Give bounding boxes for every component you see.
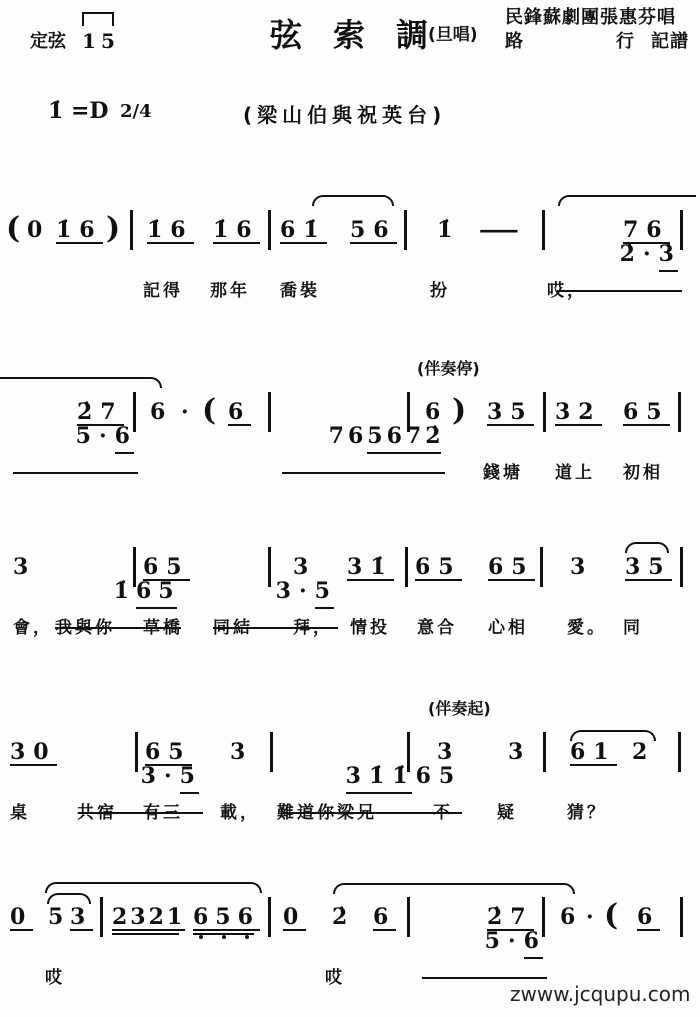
note: 6 bbox=[373, 905, 396, 931]
barline bbox=[405, 547, 408, 587]
time-signature: 2/4 bbox=[120, 100, 152, 124]
barline bbox=[268, 547, 271, 587]
note-group: 1̇6 bbox=[147, 218, 194, 244]
note-group: 30 bbox=[10, 740, 57, 766]
barline bbox=[542, 897, 545, 937]
note-part: 3· bbox=[141, 763, 180, 789]
note: 3 bbox=[230, 740, 253, 764]
note-group: 76 bbox=[623, 218, 670, 244]
note-group: 31̇ bbox=[347, 555, 394, 581]
page-title-char: 調 bbox=[396, 16, 428, 54]
lyric: 同 bbox=[623, 618, 643, 638]
note-group: 61 bbox=[570, 740, 617, 766]
tuning-label: 定弦 bbox=[30, 31, 66, 53]
lyric: 扮 bbox=[430, 281, 450, 301]
barline bbox=[542, 210, 545, 250]
note-group: 56 bbox=[350, 218, 397, 244]
watermark: zwww.jcqupu.com bbox=[510, 982, 690, 1006]
note-group: 656 bbox=[193, 905, 260, 931]
note-part: 65 bbox=[416, 763, 463, 789]
note-group: 35 bbox=[487, 400, 534, 426]
tuning-note: 1 bbox=[82, 29, 96, 53]
note: 0 bbox=[10, 905, 33, 931]
accompaniment-annotation: (伴奏起) bbox=[428, 699, 491, 719]
lyric: 不 bbox=[433, 803, 453, 823]
lyric: 草橋 bbox=[143, 618, 183, 638]
sheet-music-page: { "header": { "tuning_label": "定弦", "tun… bbox=[0, 0, 700, 1017]
page-title-char: 索 bbox=[333, 16, 365, 54]
note: 6 bbox=[560, 905, 583, 929]
note: 3 bbox=[570, 555, 593, 579]
note: 5 bbox=[48, 905, 71, 929]
lyric: 會， bbox=[13, 618, 53, 638]
lyric: 心相 bbox=[488, 618, 528, 638]
lyric: 情投 bbox=[350, 618, 390, 638]
note-part-double-underline: 5 bbox=[180, 764, 203, 788]
transcriber-name-part: 路 bbox=[505, 31, 524, 53]
key-signature: 1̇ =D bbox=[48, 98, 108, 124]
barline bbox=[407, 897, 410, 937]
lyric: 初相 bbox=[623, 463, 663, 483]
note-part: 76 bbox=[329, 423, 368, 449]
barline bbox=[404, 210, 407, 250]
lyric: 我與你 bbox=[55, 618, 115, 638]
barline bbox=[680, 547, 683, 587]
note-group: 65 bbox=[623, 400, 670, 426]
barline bbox=[678, 392, 681, 432]
note: 3 bbox=[70, 905, 93, 931]
note-part: 2̇· bbox=[620, 241, 659, 267]
barline bbox=[680, 210, 683, 250]
score-line-5: 0 5 3 2321 656 0 2̇ 6 5·6 2̇7 6 · ( 6 哎 … bbox=[0, 905, 700, 929]
note: 1̇ bbox=[437, 218, 460, 242]
note-group: 765672̇ bbox=[282, 400, 445, 474]
barline bbox=[133, 392, 136, 432]
slur bbox=[47, 893, 91, 904]
lyric: 疑 bbox=[497, 803, 517, 823]
note: 0 bbox=[283, 905, 306, 931]
lyric: 喬裝 bbox=[280, 281, 320, 301]
tie-continued bbox=[0, 377, 162, 388]
barline bbox=[268, 392, 271, 432]
close-paren: ) bbox=[106, 214, 120, 244]
lyric: 桌 bbox=[10, 803, 30, 823]
sustain-dash: — bbox=[478, 218, 520, 242]
note-group: 35 bbox=[625, 555, 672, 581]
lyric: 錢塘 bbox=[483, 463, 523, 483]
note-group: 32 bbox=[555, 400, 602, 426]
low-octave-dot bbox=[222, 935, 226, 939]
note-part: 5· bbox=[76, 423, 115, 449]
barline bbox=[540, 547, 543, 587]
score-line-2: (伴奏停) 5·6 2̇7 6 · ( 6 765672̇ 6 ) 35 32 … bbox=[0, 400, 700, 424]
lyric: 載， bbox=[220, 803, 260, 823]
role-note: (旦唱) bbox=[428, 24, 478, 46]
transcriber-role: 記譜 bbox=[651, 31, 689, 53]
note-part: 3· bbox=[276, 578, 315, 604]
note-part-double-underline: 31̇1̇ bbox=[346, 764, 416, 788]
note: 6 bbox=[637, 905, 660, 931]
barline bbox=[407, 732, 410, 772]
accompaniment-annotation: (伴奏停) bbox=[417, 359, 480, 379]
barline bbox=[133, 547, 136, 587]
barline bbox=[270, 732, 273, 772]
tie-continuing bbox=[558, 195, 696, 206]
note-group: 65 bbox=[143, 555, 190, 581]
lyric: 記得 bbox=[143, 281, 183, 301]
note: 3 bbox=[437, 740, 460, 764]
note-group: 2̇7 bbox=[77, 400, 124, 426]
close-paren: ) bbox=[452, 396, 466, 426]
barline bbox=[543, 732, 546, 772]
lyric: 道上 bbox=[555, 463, 595, 483]
open-paren: ( bbox=[604, 901, 618, 931]
lyric: 同結 bbox=[213, 618, 253, 638]
note-group: 2̇7 bbox=[487, 905, 534, 931]
note-group: 61̇ bbox=[280, 218, 327, 244]
tuning-bracket bbox=[82, 12, 114, 26]
subtitle: (梁山伯與祝英台) bbox=[243, 103, 446, 127]
dot-extension: · bbox=[181, 400, 197, 424]
note: 6 bbox=[150, 400, 173, 424]
note: 6 bbox=[228, 400, 251, 426]
barline bbox=[130, 210, 133, 250]
barline bbox=[100, 897, 103, 937]
note-group: 65 bbox=[488, 555, 535, 581]
note: 0 bbox=[27, 218, 50, 242]
barline bbox=[135, 732, 138, 772]
lyric: 猜？ bbox=[567, 803, 607, 823]
note: 2̇ bbox=[332, 905, 355, 929]
lyric: 有三 bbox=[143, 803, 183, 823]
barline bbox=[268, 897, 271, 937]
barline bbox=[678, 732, 681, 772]
note-part-double-underline: 5 bbox=[315, 579, 338, 603]
page-title-char: 弦 bbox=[270, 16, 302, 54]
lyric: 共宿 bbox=[77, 803, 117, 823]
note-part-double-underline: 3̇ bbox=[659, 242, 682, 266]
note: 2 bbox=[632, 740, 655, 764]
note-group: 2321 bbox=[112, 905, 185, 931]
note-part-double-underline: 65 bbox=[136, 579, 181, 603]
barline bbox=[543, 392, 546, 432]
note-part: 5· bbox=[485, 928, 524, 954]
lyric: 那年 bbox=[210, 281, 250, 301]
score-line-4: (伴奏起) 30 3·5 65 3 31̇1̇65 3 3 61 2 桌 共宿 … bbox=[0, 740, 700, 764]
lyric: 愛。 bbox=[567, 618, 607, 638]
barline bbox=[407, 392, 410, 432]
open-paren: ( bbox=[202, 396, 216, 426]
note-group: 65 bbox=[145, 740, 192, 766]
note: 6 bbox=[425, 400, 448, 424]
transcriber-name-part: 行 bbox=[616, 31, 635, 53]
slur bbox=[625, 542, 669, 553]
lyric: 拜， bbox=[293, 618, 333, 638]
note: 3 bbox=[293, 555, 316, 579]
barline bbox=[680, 897, 683, 937]
slur bbox=[45, 882, 262, 893]
low-octave-dot bbox=[199, 935, 203, 939]
lyric: 難道你梁兄 bbox=[277, 803, 377, 823]
lyric: 哎 bbox=[45, 968, 65, 988]
lyric: 哎 bbox=[325, 968, 345, 988]
note-part-double-underline: 5672̇ bbox=[367, 424, 444, 448]
lyric: 意合 bbox=[417, 618, 457, 638]
note-group: 1̇6 bbox=[213, 218, 260, 244]
dot-extension: · bbox=[586, 905, 602, 929]
open-paren: ( bbox=[6, 214, 20, 244]
lyric: 哎， bbox=[547, 281, 587, 301]
note: 3 bbox=[508, 740, 531, 764]
slur bbox=[333, 883, 575, 894]
low-octave-dot bbox=[245, 935, 249, 939]
score-line-3: 3 1̇65 65 3·5 3 31̇ 65 65 3 35 會， 我與你 草橋… bbox=[0, 555, 700, 579]
barline bbox=[268, 210, 271, 250]
note: 3 bbox=[13, 555, 36, 579]
performer-credit: 民鋒蘇劇團張惠芬唱 bbox=[505, 7, 676, 29]
score-line-1: ( 0 1̇6 ) 1̇6 1̇6 61̇ 56 1̇ — 2̇·3̇ 76 記… bbox=[0, 218, 700, 242]
tuning-note: 5 bbox=[101, 29, 115, 53]
slur bbox=[312, 195, 394, 206]
note-group: 65 bbox=[415, 555, 462, 581]
note-group: 1̇6 bbox=[56, 218, 103, 244]
